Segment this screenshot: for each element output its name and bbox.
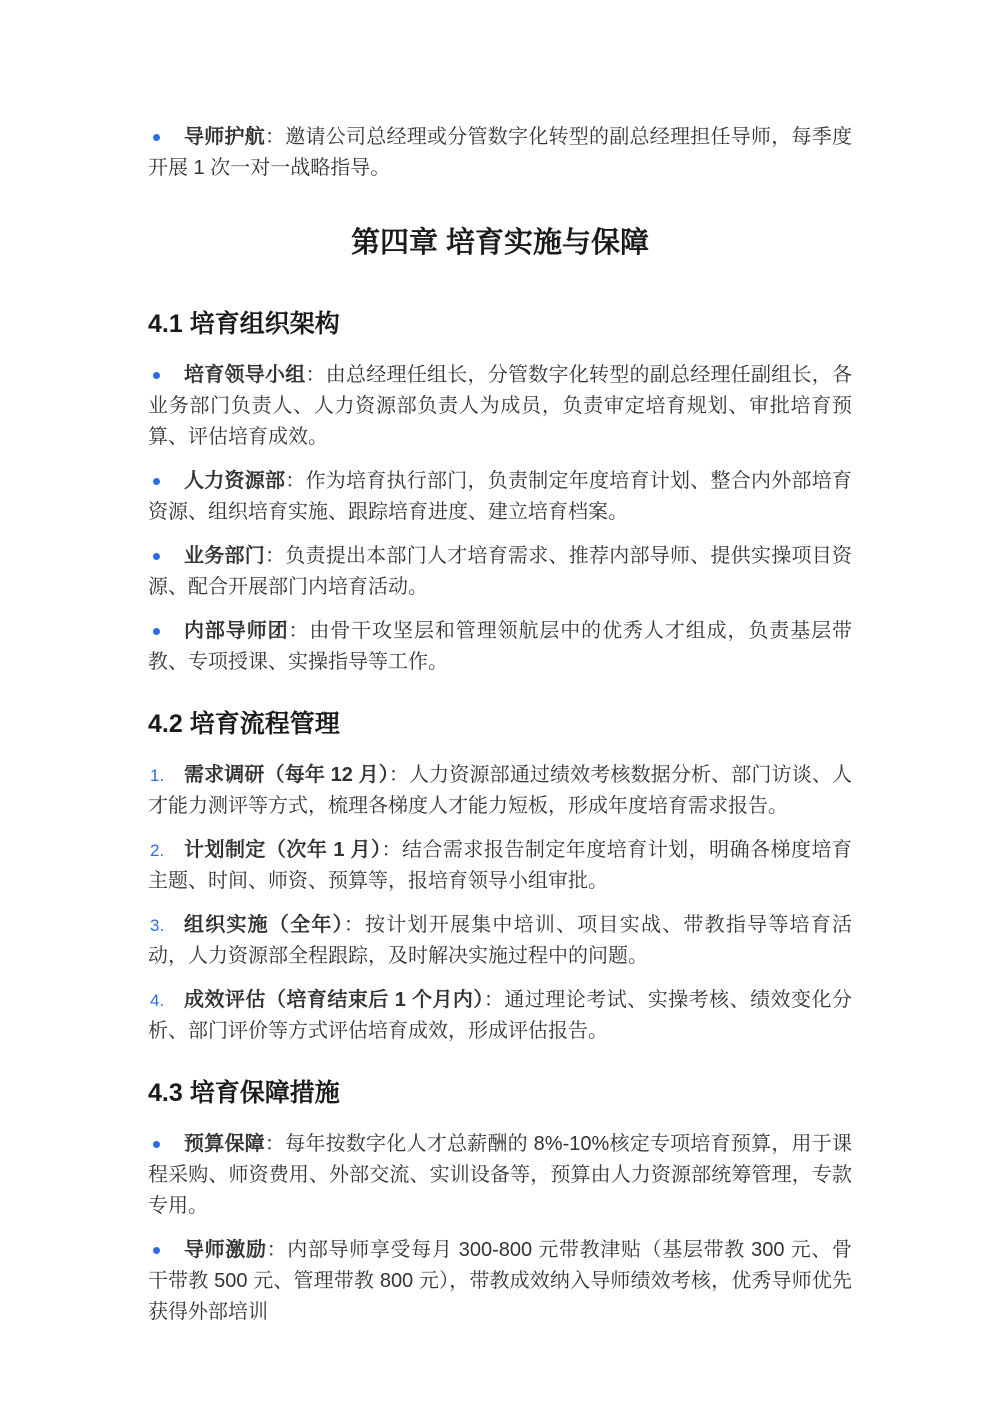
- term-label: 成效评估（培育结束后 1 个月内）: [184, 989, 484, 1011]
- bullet-icon: [153, 553, 160, 560]
- list-item-text: 预算保障：每年按数字化人才总薪酬的 8%-10%核定专项培育预算，用于课程采购、…: [148, 1129, 852, 1222]
- ordered-marker: 3.: [150, 910, 164, 941]
- term-label: 业务部门: [184, 545, 265, 567]
- bullet-icon: [153, 1247, 160, 1254]
- term-label: 内部导师团: [184, 620, 289, 642]
- list-item-text: 业务部门：负责提出本部门人才培育需求、推荐内部导师、提供实操项目资源、配合开展部…: [148, 541, 852, 603]
- list-item-text: 导师激励：内部导师享受每月 300-800 元带教津贴（基层带教 300 元、骨…: [148, 1235, 852, 1328]
- bullet-icon: [153, 134, 160, 141]
- bullet-icon: [153, 1141, 160, 1148]
- list-item-text: 需求调研（每年 12 月）：人力资源部通过绩效考核数据分析、部门访谈、人才能力测…: [148, 760, 852, 822]
- list-item-text: 组织实施（全年）：按计划开展集中培训、项目实战、带教指导等培育活动，人力资源部全…: [148, 910, 852, 972]
- document-page: 导师护航：邀请公司总经理或分管数字化转型的副总经理担任导师，每季度开展 1 次一…: [0, 0, 1000, 1328]
- section-4-2: 4.2 培育流程管理 1. 需求调研（每年 12 月）：人力资源部通过绩效考核数…: [148, 708, 852, 1047]
- list-item: 人力资源部：作为培育执行部门，负责制定年度培育计划、整合内外部培育资源、组织培育…: [148, 466, 852, 528]
- term-label: 组织实施（全年）: [184, 914, 344, 936]
- list-item: 2. 计划制定（次年 1 月）：结合需求报告制定年度培育计划，明确各梯度培育主题…: [148, 835, 852, 897]
- list-item: 1. 需求调研（每年 12 月）：人力资源部通过绩效考核数据分析、部门访谈、人才…: [148, 760, 852, 822]
- bullet-icon: [153, 372, 160, 379]
- list-item: 预算保障：每年按数字化人才总薪酬的 8%-10%核定专项培育预算，用于课程采购、…: [148, 1129, 852, 1222]
- section-heading-4-3: 4.3 培育保障措施: [148, 1077, 852, 1109]
- list-item-text: 导师护航：邀请公司总经理或分管数字化转型的副总经理担任导师，每季度开展 1 次一…: [148, 122, 852, 184]
- list-item: 导师护航：邀请公司总经理或分管数字化转型的副总经理担任导师，每季度开展 1 次一…: [148, 122, 852, 184]
- list-item-text: 培育领导小组：由总经理任组长，分管数字化转型的副总经理任副组长，各业务部门负责人…: [148, 360, 852, 453]
- term-label: 预算保障: [184, 1133, 265, 1155]
- list-item: 3. 组织实施（全年）：按计划开展集中培训、项目实战、带教指导等培育活动，人力资…: [148, 910, 852, 972]
- term-label: 导师护航: [184, 126, 265, 148]
- term-label: 需求调研（每年 12 月）: [184, 764, 389, 786]
- list-item: 4. 成效评估（培育结束后 1 个月内）：通过理论考试、实操考核、绩效变化分析、…: [148, 985, 852, 1047]
- ordered-marker: 1.: [150, 760, 164, 791]
- section-4-3: 4.3 培育保障措施 预算保障：每年按数字化人才总薪酬的 8%-10%核定专项培…: [148, 1077, 852, 1328]
- ordered-marker: 4.: [150, 985, 164, 1016]
- list-item: 业务部门：负责提出本部门人才培育需求、推荐内部导师、提供实操项目资源、配合开展部…: [148, 541, 852, 603]
- term-label: 培育领导小组: [184, 364, 306, 386]
- list-item-text: 内部导师团：由骨干攻坚层和管理领航层中的优秀人才组成，负责基层带教、专项授课、实…: [148, 616, 852, 678]
- list-item: 内部导师团：由骨干攻坚层和管理领航层中的优秀人才组成，负责基层带教、专项授课、实…: [148, 616, 852, 678]
- ordered-marker: 2.: [150, 835, 164, 866]
- list-item: 导师激励：内部导师享受每月 300-800 元带教津贴（基层带教 300 元、骨…: [148, 1235, 852, 1328]
- section-4-1: 4.1 培育组织架构 培育领导小组：由总经理任组长，分管数字化转型的副总经理任副…: [148, 308, 852, 678]
- list-item-text: 成效评估（培育结束后 1 个月内）：通过理论考试、实操考核、绩效变化分析、部门评…: [148, 985, 852, 1047]
- chapter-title: 第四章 培育实施与保障: [148, 224, 852, 262]
- list-item-text: 人力资源部：作为培育执行部门，负责制定年度培育计划、整合内外部培育资源、组织培育…: [148, 466, 852, 528]
- section-heading-4-2: 4.2 培育流程管理: [148, 708, 852, 740]
- term-label: 计划制定（次年 1 月）: [184, 839, 382, 861]
- list-item-text: 计划制定（次年 1 月）：结合需求报告制定年度培育计划，明确各梯度培育主题、时间…: [148, 835, 852, 897]
- list-item: 培育领导小组：由总经理任组长，分管数字化转型的副总经理任副组长，各业务部门负责人…: [148, 360, 852, 453]
- bullet-icon: [153, 478, 160, 485]
- term-label: 人力资源部: [184, 470, 285, 492]
- term-label: 导师激励: [184, 1239, 267, 1261]
- section-heading-4-1: 4.1 培育组织架构: [148, 308, 852, 340]
- bullet-icon: [153, 628, 160, 635]
